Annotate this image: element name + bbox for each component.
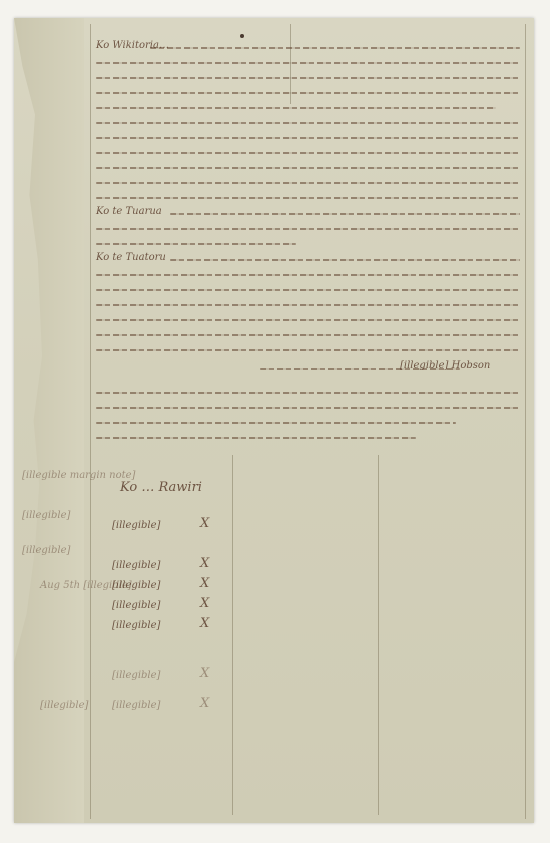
margin-rule-left	[90, 24, 91, 819]
x-mark: X	[200, 666, 209, 681]
attestation-signature: [illegible] Hobson	[400, 360, 490, 371]
signature-header: Ko … Rawiri	[120, 480, 202, 495]
x-mark: X	[200, 516, 209, 531]
signature-column-rule-1	[232, 455, 233, 815]
x-mark: X	[200, 556, 209, 571]
section-3-label: Ko te Tuatoru	[96, 252, 166, 263]
x-mark: X	[200, 696, 209, 711]
section-2-label: Ko te Tuarua	[96, 206, 162, 217]
margin-rule-right	[525, 24, 526, 819]
opening-fragment: Ko Wikitoria…	[96, 40, 169, 51]
signature-column-rule-2	[378, 455, 379, 815]
x-mark: X	[200, 576, 209, 591]
x-mark: X	[200, 616, 209, 631]
ink-dot	[240, 34, 244, 38]
x-mark: X	[200, 596, 209, 611]
